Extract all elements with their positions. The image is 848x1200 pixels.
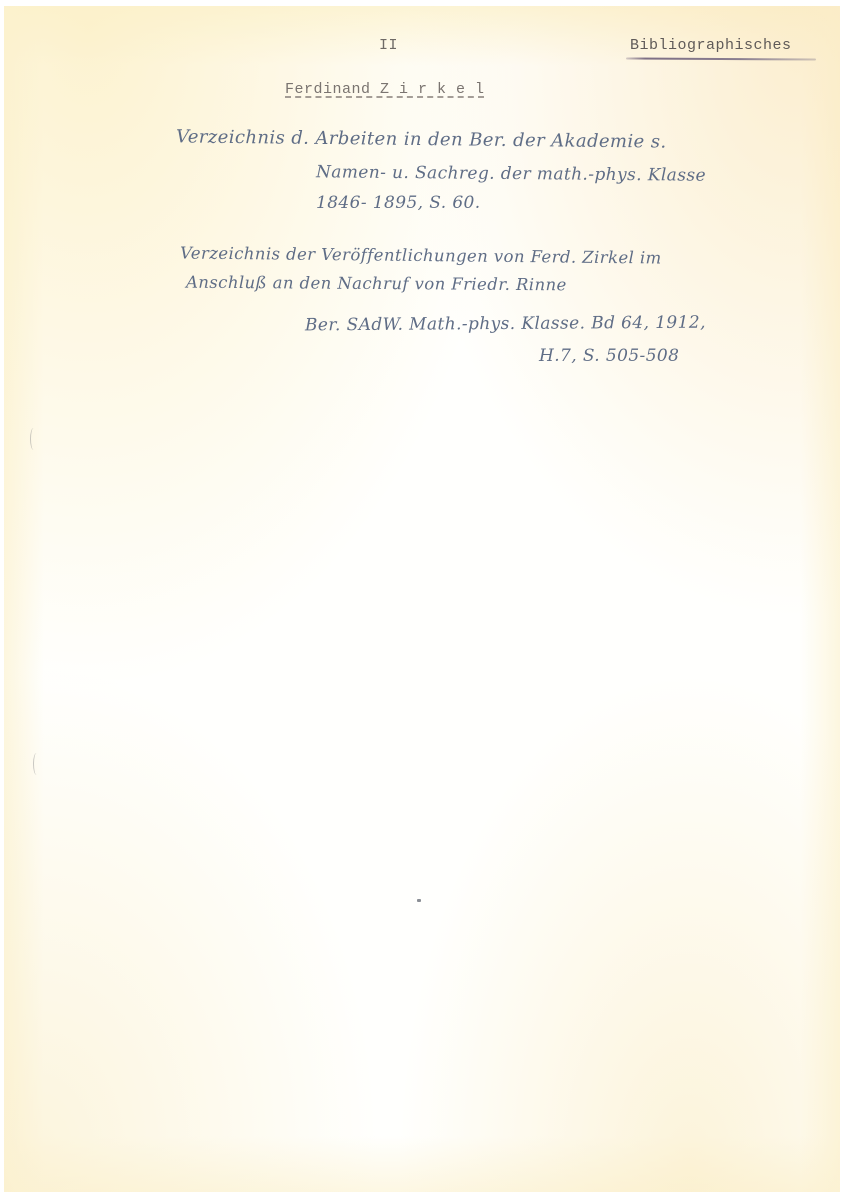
section-label: Bibliographisches <box>630 37 792 54</box>
subject-name: Ferdinand Z i r k e l <box>285 81 485 98</box>
page-number: II <box>379 37 398 54</box>
entry-line: Ber. SAdW. Math.-phys. Klasse. Bd 64, 19… <box>305 313 706 336</box>
entry-line: Anschluß an den Nachruf von Friedr. Rinn… <box>186 273 567 295</box>
entry-line: H.7, S. 505-508 <box>539 346 679 366</box>
ink-speck <box>417 899 421 902</box>
entry-line: Verzeichnis d. Arbeiten in den Ber. der … <box>176 126 667 152</box>
entry-line: Verzeichnis der Veröffentlichungen von F… <box>180 243 662 267</box>
scanned-page: II Bibliographisches Ferdinand Z i r k e… <box>4 6 840 1192</box>
entry-line: 1846- 1895, S. 60. <box>316 193 481 213</box>
punch-hole-mark <box>33 753 40 775</box>
entry-line: Namen- u. Sachreg. der math.-phys. Klass… <box>316 162 706 185</box>
section-underline <box>626 58 816 61</box>
punch-hole-mark <box>30 428 37 450</box>
